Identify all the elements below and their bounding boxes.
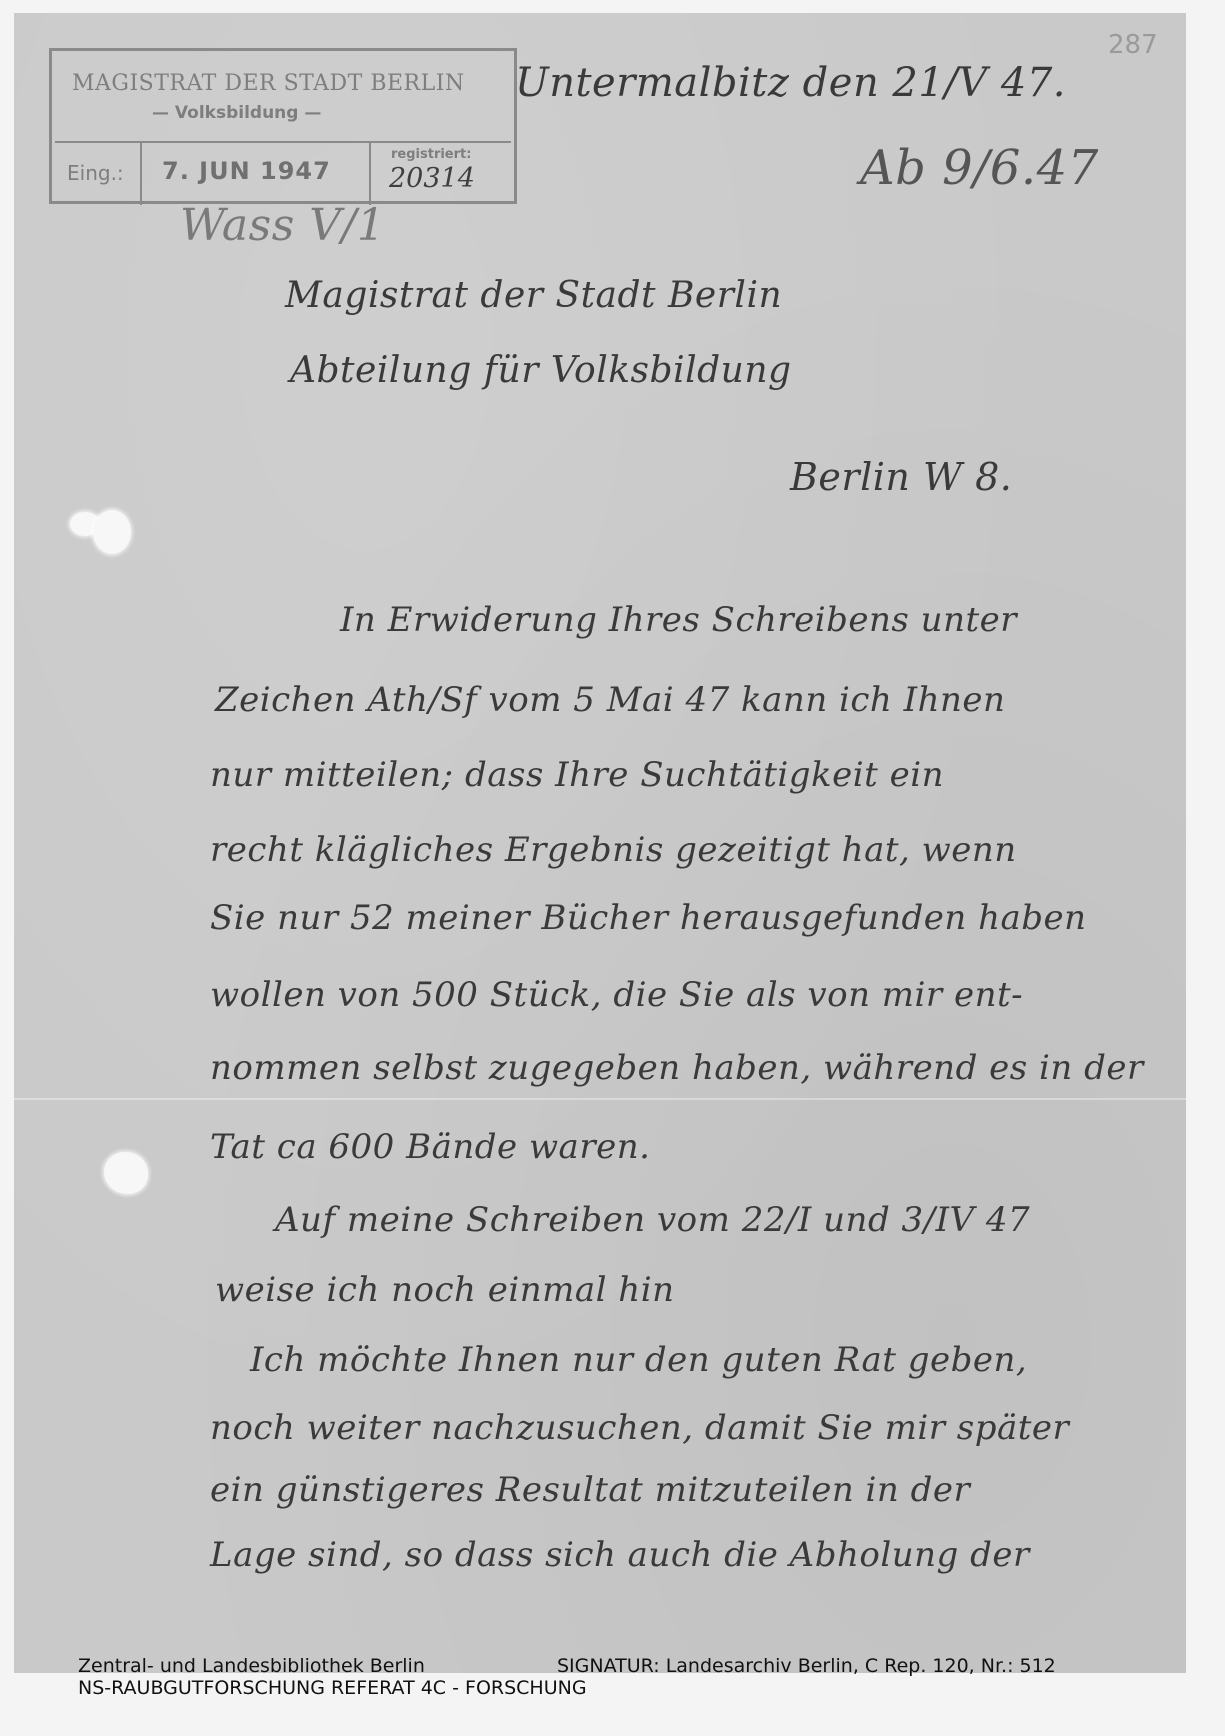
body-line: Auf meine Schreiben vom 22/I und 3/IV 47 [275, 1200, 1030, 1240]
body-line: ein günstigeres Resultat mitzuteilen in … [210, 1470, 970, 1510]
stamp-registered-number: 20314 [389, 163, 475, 194]
stamp-registered-label: registriert: [391, 147, 471, 162]
stamp-received-date: 7. JUN 1947 [162, 157, 331, 185]
stamp-cell-registered: registriert: 20314 [371, 143, 511, 205]
body-line: Lage sind, so dass sich auch die Abholun… [210, 1535, 1030, 1575]
body-line: Sie nur 52 meiner Bücher herausgefunden … [210, 898, 1087, 938]
body-line: recht klägliches Ergebnis gezeitigt hat,… [210, 830, 1017, 870]
recipient-line-1: Magistrat der Stadt Berlin [285, 275, 782, 316]
recipient-line-2: Abteilung für Volksbildung [290, 350, 792, 391]
punch-hole [104, 1152, 148, 1194]
place-date: Untermalbitz den 21/V 47. [515, 60, 1066, 106]
body-line: nommen selbst zugegeben haben, während e… [210, 1048, 1144, 1088]
stamp-received-label: Eing.: [67, 161, 124, 185]
footer-department: NS-RAUBGUTFORSCHUNG REFERAT 4C - FORSCHU… [78, 1677, 587, 1699]
stamp-title: MAGISTRAT DER STADT BERLIN [72, 71, 465, 96]
body-line: Ich möchte Ihnen nur den guten Rat geben… [250, 1340, 1027, 1380]
body-line: In Erwiderung Ihres Schreibens unter [340, 600, 1017, 640]
body-line: wollen von 500 Stück, die Sie als von mi… [210, 975, 1023, 1015]
body-line: weise ich noch einmal hin [215, 1270, 674, 1310]
reference-mark: Ab 9/6.47 [860, 140, 1099, 196]
body-line: Tat ca 600 Bände waren. [210, 1127, 650, 1167]
fold-line [14, 1098, 1186, 1100]
recipient-line-3: Berlin W 8. [790, 455, 1012, 499]
body-line: nur mitteilen; dass Ihre Suchtätigkeit e… [210, 755, 944, 795]
stamp-department: — Volksbildung — [152, 103, 321, 123]
punch-hole [93, 510, 131, 554]
footer-institution: Zentral- und Landesbibliothek Berlin [78, 1655, 425, 1677]
receipt-stamp: MAGISTRAT DER STADT BERLIN — Volksbildun… [49, 48, 517, 204]
body-line: noch weiter nachzusuchen, damit Sie mir … [210, 1408, 1069, 1448]
stamp-cell-date: 7. JUN 1947 [142, 143, 371, 205]
stamp-cell-received-label: Eing.: [55, 143, 142, 205]
body-line: Zeichen Ath/Sf vom 5 Mai 47 kann ich Ihn… [215, 680, 1005, 720]
footer-signature: SIGNATUR: Landesarchiv Berlin, C Rep. 12… [557, 1655, 1056, 1677]
stamp-row: Eing.: 7. JUN 1947 registriert: 20314 [55, 141, 511, 205]
page-number: 287 [1108, 30, 1158, 60]
pencil-annotation: Wass V/1 [180, 200, 385, 251]
